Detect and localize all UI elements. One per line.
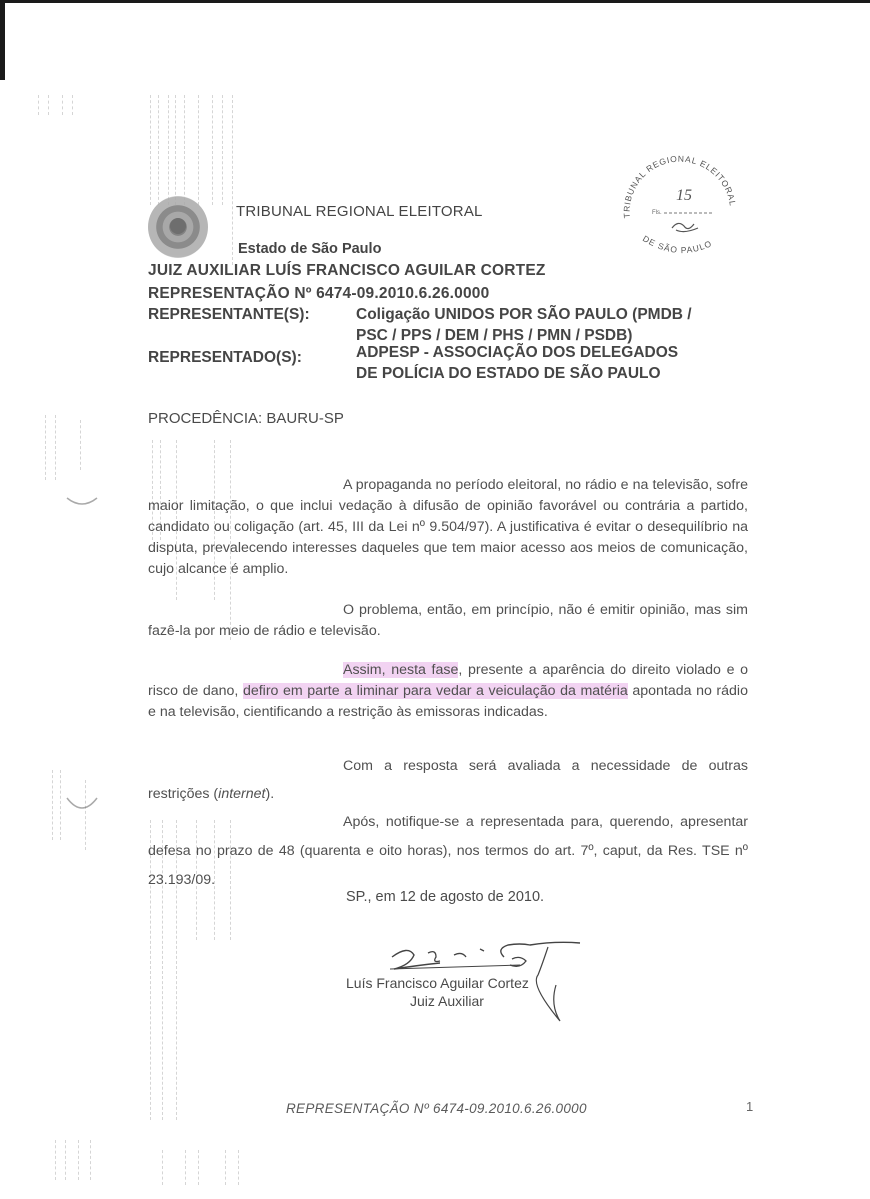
scan-artifact	[48, 95, 49, 115]
representado-value: ADPESP - ASSOCIAÇÃO DOS DELEGADOS DE POL…	[356, 342, 678, 384]
case-number: REPRESENTAÇÃO Nº 6474-09.2010.6.26.0000	[148, 285, 489, 303]
stamp-initials-icon	[672, 223, 698, 231]
scan-edge-top	[0, 0, 870, 3]
scan-artifact	[198, 95, 199, 205]
scan-artifact-curve	[62, 480, 102, 510]
paragraph-5-text: Após, notifique-se a representada para, …	[148, 814, 748, 888]
highlight-2: defiro em parte a liminar para vedar a v…	[243, 683, 628, 699]
scan-artifact	[38, 95, 39, 115]
court-stamp: TRIBUNAL REGIONAL ELEITORAL DE SÃO PAULO…	[612, 148, 742, 268]
judge-line: JUIZ AUXILIAR LUÍS FRANCISCO AGUILAR COR…	[148, 262, 546, 280]
scan-artifact	[185, 1150, 186, 1185]
scan-artifact	[90, 1140, 91, 1180]
paragraph-4: Com a resposta será avaliada a necessida…	[148, 752, 748, 808]
page-number: 1	[746, 1099, 753, 1114]
date-line: SP., em 12 de agosto de 2010.	[346, 889, 544, 905]
scan-artifact	[198, 1150, 199, 1185]
procedencia: PROCEDÊNCIA: BAURU-SP	[148, 410, 344, 427]
signer-role: Juiz Auxiliar	[410, 993, 484, 1009]
paragraph-2-text: O problema, então, em princípio, não é e…	[148, 602, 748, 639]
svg-text:DE SÃO PAULO: DE SÃO PAULO	[641, 233, 714, 255]
paragraph-5: Após, notifique-se a representada para, …	[148, 808, 748, 895]
scan-artifact	[55, 1140, 56, 1180]
signer-name: Luís Francisco Aguilar Cortez	[346, 975, 529, 991]
representante-value: Coligação UNIDOS POR SÃO PAULO (PMDB / P…	[356, 304, 692, 346]
scan-artifact	[52, 770, 53, 840]
institution-state: Estado de São Paulo	[238, 241, 381, 257]
scan-artifact-curve	[62, 790, 102, 820]
scan-artifact	[212, 95, 213, 205]
paragraph-2: O problema, então, em princípio, não é e…	[148, 600, 748, 642]
scan-artifact	[222, 95, 223, 205]
scan-artifact	[232, 95, 233, 265]
scan-artifact	[65, 1140, 66, 1180]
scan-artifact	[62, 95, 63, 115]
scan-artifact	[72, 95, 73, 115]
scan-artifact	[162, 1150, 163, 1185]
institution-title: TRIBUNAL REGIONAL ELEITORAL	[236, 203, 483, 220]
paragraph-1-text: A propaganda no período eleitoral, no rá…	[148, 477, 748, 577]
representado-line-1: ADPESP - ASSOCIAÇÃO DOS DELEGADOS	[356, 342, 678, 363]
highlight-1: Assim, nesta fase	[343, 662, 458, 678]
scan-artifact	[168, 95, 169, 205]
scan-edge-left	[0, 0, 5, 80]
representado-label: REPRESENTADO(S):	[148, 349, 302, 367]
scan-artifact	[78, 1140, 79, 1180]
coat-of-arms-icon	[148, 196, 208, 258]
paragraph-4-end: ).	[266, 786, 275, 802]
footer-reference: REPRESENTAÇÃO Nº 6474-09.2010.6.26.0000	[286, 1101, 587, 1116]
scan-artifact	[225, 1150, 226, 1185]
paragraph-1: A propaganda no período eleitoral, no rá…	[148, 475, 748, 580]
scan-artifact	[55, 415, 56, 480]
representante-line-1: Coligação UNIDOS POR SÃO PAULO (PMDB /	[356, 304, 692, 325]
stamp-sheet-number: 15	[676, 187, 692, 204]
stamp-ring-bottom: DE SÃO PAULO	[641, 233, 714, 255]
scan-artifact	[158, 95, 159, 205]
stamp-field-label: Fls.	[652, 210, 662, 216]
scan-artifact	[175, 95, 176, 205]
scan-artifact	[150, 95, 151, 205]
scan-artifact	[80, 420, 81, 470]
scan-artifact	[238, 1150, 239, 1185]
scan-artifact	[45, 415, 46, 480]
paragraph-4-italic: internet	[218, 786, 265, 802]
representante-label: REPRESENTANTE(S):	[148, 306, 310, 324]
representado-line-2: DE POLÍCIA DO ESTADO DE SÃO PAULO	[356, 363, 678, 384]
scan-artifact	[60, 770, 61, 840]
scan-artifact	[184, 95, 185, 205]
paragraph-3: Assim, nesta fase, presente a aparência …	[148, 660, 748, 723]
